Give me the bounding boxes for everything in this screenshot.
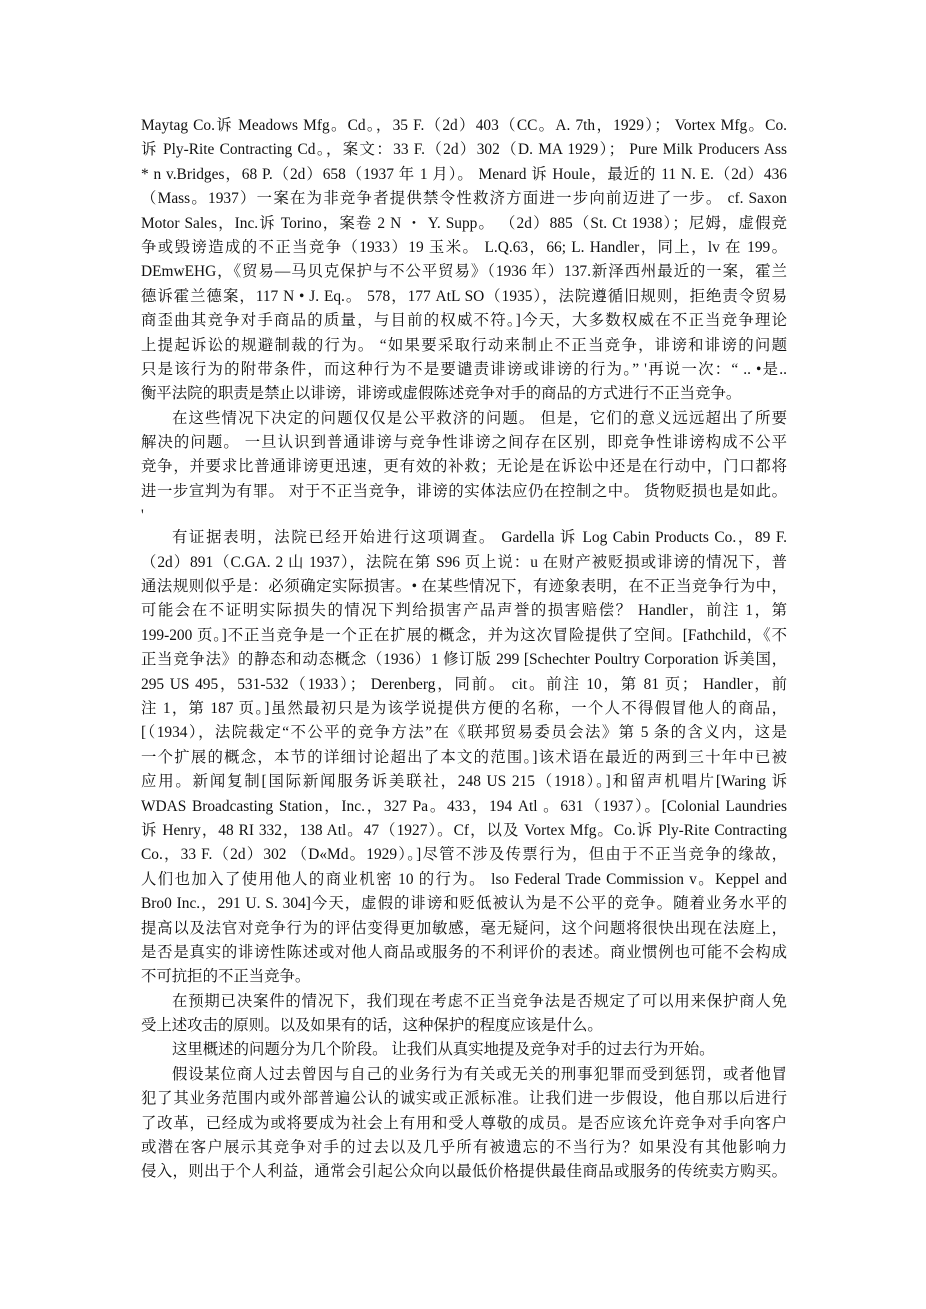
paragraph-equitable-relief: 在这些情况下决定的问题仅仅是公平救济的问题。 但是，它们的意义远远超出了所要 解… [141, 407, 787, 527]
text-line: 了改革，已经成为或将要成为社会上有用和受人尊敬的成员。是否应该允许竞争对手向客户 [141, 1112, 787, 1136]
text-line: 应用。新闻复制[国际新闻服务诉美联社，248 US 215（1918）。]和留声… [141, 770, 787, 794]
text-line: Bro0 Inc.，291 U. S. 304]今天，虚假的诽谤和贬低被认为是不… [141, 892, 787, 916]
text-line: 假设某位商人过去曾因与自己的业务行为有关或无关的刑事犯罪而受到惩罚，或者他冒 [141, 1063, 787, 1087]
text-line: * n v.Bridges，68 P.（2d）658（1937 年 1 月）。 … [141, 163, 787, 187]
text-line: 解决的问题。 一旦认识到普通诽谤与竞争性诽谤之间存在区别，即竞争性诽谤构成不公平 [141, 431, 787, 455]
text-line: 侵入，则出于个人利益，通常会引起公众向以最低价格提供最佳商品或服务的传统卖方购买… [141, 1160, 787, 1184]
text-line: 一个扩展的概念，本节的详细讨论超出了本文的范围。]该术语在最近的两到三十年中已被 [141, 746, 787, 770]
text-line: Co.，33 F.（2d）302 （D«Md。1929）。]尽管不涉及传票行为，… [141, 843, 787, 867]
paragraph-hypothetical: 假设某位商人过去曾因与自己的业务行为有关或无关的刑事犯罪而受到惩罚，或者他冒 犯… [141, 1063, 787, 1185]
text-line: 或潜在客户展示其竞争对手的过去以及几乎所有被遗忘的不当行为？如果没有其他影响力 [141, 1136, 787, 1160]
text-line: 争或毁谤造成的不正当竞争（1933）19 玉米。 L.Q.63，66; L. H… [141, 236, 787, 260]
text-line: 不可抗拒的不正当竞争。 [141, 965, 787, 989]
paragraph-evidence: 有证据表明，法院已经开始进行这项调查。 Gardella 诉 Log Cabin… [141, 526, 787, 989]
paragraph-stages: 这里概述的问题分为几个阶段。 让我们从真实地提及竞争对手的过去行为开始。 [141, 1038, 787, 1062]
text-line: 提高以及法官对竞争行为的评估变得更加敏感，毫无疑问，这个问题将很快出现在法庭上， [141, 917, 787, 941]
text-line: 这里概述的问题分为几个阶段。 让我们从真实地提及竞争对手的过去行为开始。 [141, 1038, 787, 1062]
text-line: Maytag Co.诉 Meadows Mfg。Cd。，35 F.（2d）403… [141, 114, 787, 138]
text-line: DEmwEHG，《贸易—马贝克保护与不公平贸易》（1936 年）137.新泽西州… [141, 260, 787, 284]
text-line: 有证据表明，法院已经开始进行这项调查。 Gardella 诉 Log Cabin… [141, 526, 787, 550]
text-line: 德诉霍兰德案，117 N • J. Eq.。 578，177 AtL SO（19… [141, 285, 787, 309]
text-line: 商歪曲其竞争对手商品的质量，与目前的权威不符。]今天，大多数权威在不正当竞争理论 [141, 309, 787, 333]
text-line: 犯了其业务范围内或外部普遍公认的诚实或正派标准。让我们进一步假设，他自那以后进行 [141, 1087, 787, 1111]
text-line: 竞争，并要求比普通诽谤更迅速，更有效的补救；无论是在诉讼中还是在行动中，门口都将 [141, 455, 787, 479]
text-line: 在预期已决案件的情况下，我们现在考虑不正当竞争法是否规定了可以用来保护商人免 [141, 990, 787, 1014]
text-line: 进一步宣判为有罪。 对于不正当竞争，诽谤的实体法应仍在控制之中。 货物贬损也是如… [141, 480, 787, 504]
text-line: 通法规则似乎是：必须确定实际损害。• 在某些情况下，有迹象表明，在不正当竞争行为… [141, 575, 787, 599]
text-line: 诉 Ply-Rite Contracting Cd。，案文：33 F.（2d）3… [141, 138, 787, 162]
text-line: 诉 Henry，48 RI 332，138 Atl。47（1927）。Cf，以及… [141, 819, 787, 843]
text-line: 只是该行为的附带条件，而这种行为不是要谴责诽谤或诽谤的行为。” '再说一次：“ … [141, 358, 787, 382]
text-line: （2d）891（C.GA. 2 山 1937），法院在第 S96 页上说：u 在… [141, 551, 787, 575]
text-line: 可能会在不证明实际损失的情况下判给损害产品声誉的损害赔偿？ Handler，前注… [141, 599, 787, 623]
paragraph-anticipation: 在预期已决案件的情况下，我们现在考虑不正当竞争法是否规定了可以用来保护商人免 受… [141, 990, 787, 1039]
text-line: 在这些情况下决定的问题仅仅是公平救济的问题。 但是，它们的意义远远超出了所要 [141, 407, 787, 431]
text-line: 295 US 495，531-532（1933）； Derenberg，同前。 … [141, 673, 787, 697]
text-line: 199-200 页。]不正当竞争是一个正在扩展的概念，并为这次冒险提供了空间。[… [141, 624, 787, 648]
text-line: 是否是真实的诽谤性陈述或对他人商品或服务的不利评价的表述。商业惯例也可能不会构成 [141, 941, 787, 965]
document-page: Maytag Co.诉 Meadows Mfg。Cd。，35 F.（2d）403… [141, 114, 787, 1185]
text-line: Motor Sales，Inc.诉 Torino，案卷 2 N ・ Y. Sup… [141, 212, 787, 236]
text-line: 人们也加入了使用他人的商业机密 10 的行为。 lso Federal Trad… [141, 868, 787, 892]
text-line: 上提起诉讼的规避制裁的行为。 “如果要采取行动来制止不正当竞争，诽谤和诽谤的问题 [141, 334, 787, 358]
text-line: 正当竞争法》的静态和动态概念（1936）1 修订版 299 [Schechter… [141, 648, 787, 672]
text-line: 受上述攻击的原则。以及如果有的话，这种保护的程度应该是什么。 [141, 1014, 787, 1038]
paragraph-citations: Maytag Co.诉 Meadows Mfg。Cd。，35 F.（2d）403… [141, 114, 787, 407]
text-line: [（1934），法院裁定“不公平的竞争方法”在《联邦贸易委员会法》第 5 条的含… [141, 721, 787, 745]
text-line: WDAS Broadcasting Station，Inc.，327 Pa。43… [141, 795, 787, 819]
text-line: ' [141, 504, 787, 526]
text-line: 衡平法院的职责是禁止以诽谤，诽谤或虚假陈述竞争对手的商品的方式进行不正当竞争。 [141, 382, 787, 406]
text-line: （Mass。1937）一案在为非竞争者提供禁令性救济方面进一步向前迈进了一步。 … [141, 187, 787, 211]
text-line: 注 1，第 187 页。]虽然最初只是为该学说提供方便的名称，一个人不得假冒他人… [141, 697, 787, 721]
